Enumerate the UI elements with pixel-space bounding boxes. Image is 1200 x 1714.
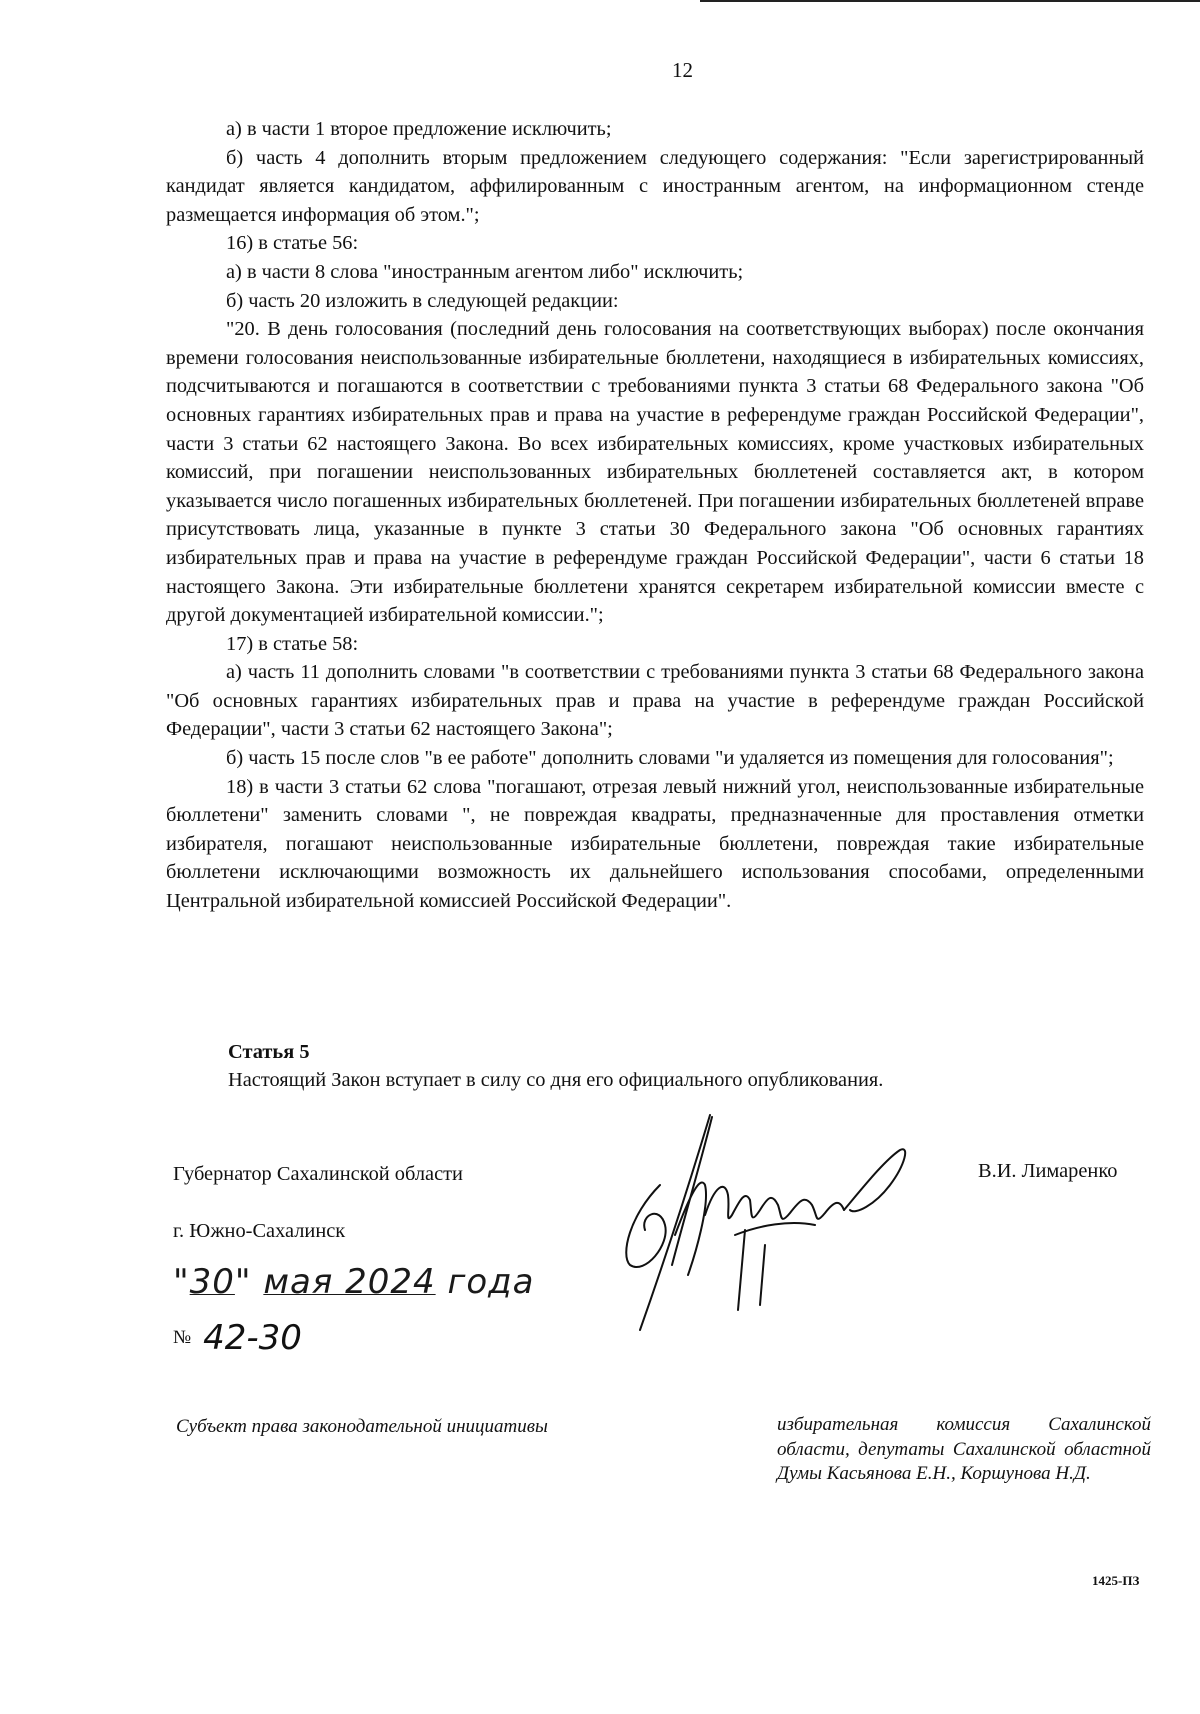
governor-name: В.И. Лимаренко xyxy=(978,1160,1117,1183)
paragraph: б) часть 4 дополнить вторым предложением… xyxy=(166,144,1144,230)
date-day: 30 xyxy=(190,1262,235,1302)
initiative-label: Субъект права законодательной инициативы xyxy=(176,1416,548,1438)
paragraph: б) часть 15 после слов "в ее работе" доп… xyxy=(166,744,1144,773)
signing-date: "30" мая 2024 года xyxy=(173,1262,534,1302)
paragraph: а) в части 1 второе предложение исключит… xyxy=(166,115,1144,144)
article-heading: Статья 5 xyxy=(228,1041,310,1064)
initiative-text: избирательная комиссия Сахалинской облас… xyxy=(777,1413,1151,1487)
date-quote-open: " xyxy=(173,1262,190,1302)
paragraph: 17) в статье 58: xyxy=(166,630,1144,659)
date-month-year: мая 2024 xyxy=(263,1262,435,1302)
paragraph: "20. В день голосования (последний день … xyxy=(166,315,1144,630)
paragraph: 18) в части 3 статьи 62 слова "погашают,… xyxy=(166,773,1144,916)
paragraph: а) в части 8 слова "иностранным агентом … xyxy=(166,258,1144,287)
paragraph: а) часть 11 дополнить словами "в соответ… xyxy=(166,658,1144,744)
date-quote-close: " xyxy=(235,1262,252,1302)
article-text: Настоящий Закон вступает в силу со дня е… xyxy=(228,1069,883,1092)
document-page: 12 а) в части 1 второе предложение исклю… xyxy=(0,0,1200,1714)
governor-title: Губернатор Сахалинской области xyxy=(173,1163,463,1186)
number-value: 42-30 xyxy=(203,1318,302,1358)
amendments-text: а) в части 1 второе предложение исключит… xyxy=(166,115,1144,916)
date-suffix: года xyxy=(447,1262,534,1302)
paragraph: б) часть 20 изложить в следующей редакци… xyxy=(166,287,1144,316)
handwritten-signature xyxy=(600,1105,940,1335)
page-number: 12 xyxy=(672,58,693,83)
law-number: №42-30 xyxy=(173,1318,302,1358)
city: г. Южно-Сахалинск xyxy=(173,1220,345,1243)
number-sign: № xyxy=(173,1327,191,1348)
document-code: 1425-ПЗ xyxy=(1092,1573,1139,1589)
scan-edge-line xyxy=(700,0,1200,2)
paragraph: 16) в статье 56: xyxy=(166,229,1144,258)
